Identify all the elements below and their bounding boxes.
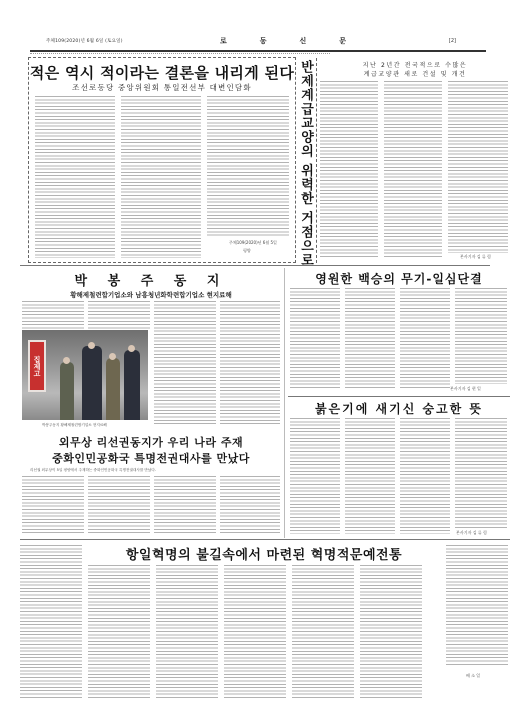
photo-person xyxy=(60,362,74,420)
photo-person xyxy=(82,346,102,420)
section-divider xyxy=(20,539,510,540)
article-body-col-1 xyxy=(290,418,340,534)
article-lead: 리선권 외무상이 5일 평양에서 주재하는 중화인민공화국 특명전권대사를 만났… xyxy=(30,468,156,473)
article-headline: 붉은기에 새기신 숭고한 뜻 xyxy=(288,400,510,417)
photo-person xyxy=(106,358,120,420)
article-body-col-1 xyxy=(35,96,115,258)
article-byline: 본사기자 김 류 림 xyxy=(456,530,487,536)
article-body-col-2 xyxy=(88,476,150,534)
article-body-col-1 xyxy=(290,288,340,390)
article-kicker-line-1: 지난 2년간 전국적으로 수많은 xyxy=(320,60,510,69)
article-place: 평양 xyxy=(243,248,251,254)
photo-person-head xyxy=(88,342,95,349)
article-headline: 적은 역시 적이라는 결론을 내리게 된다 xyxy=(29,62,295,83)
article-mid-left-lower: 외무상 리선권동지가 우리 나라 주재 중화인민공화국 특명전권대사를 만났다 … xyxy=(20,430,282,538)
article-headline-line-2: 중화인민공화국 특명전권대사를 만났다 xyxy=(20,450,282,466)
page-number: [2] xyxy=(449,38,456,44)
column-divider xyxy=(284,268,285,538)
photo-person-head xyxy=(128,345,135,352)
article-headline-line-1: 외무상 리선권동지가 우리 나라 주재 xyxy=(20,434,282,450)
newspaper-name: 로동신문 xyxy=(220,36,379,46)
article-body-col-3 xyxy=(400,288,450,390)
article-body-col-3 xyxy=(207,96,289,236)
news-photo: 집제고 xyxy=(22,330,148,420)
article-body-col-2 xyxy=(384,81,442,259)
section-divider xyxy=(288,396,510,397)
article-body-col-4 xyxy=(220,476,280,534)
article-subheadline: 조선로동당 중앙위원회 통일전선부 대변인담화 xyxy=(29,82,295,93)
masthead-rule xyxy=(30,50,486,52)
article-kicker-line-2: 계급교양관 새로 건설 및 개건 xyxy=(320,69,510,78)
photo-person-head xyxy=(109,353,116,360)
column-divider xyxy=(316,58,317,263)
article-body-col-7 xyxy=(446,545,508,667)
article-headline: 박 봉 주 동 지 xyxy=(20,270,282,289)
article-headline: 항일혁명의 불길속에서 마련된 혁명적문예전통 xyxy=(86,544,442,563)
article-body-col-1 xyxy=(22,476,84,534)
article-byline: 본사기자 김 류 림 xyxy=(460,254,491,260)
article-dateline: 주체109(2020)년 6월 5일 xyxy=(229,240,277,246)
article-body-col-3 xyxy=(154,301,216,426)
article-body-col-3 xyxy=(154,476,216,534)
article-top-left: 적은 역시 적이라는 결론을 내리게 된다 조선로동당 중앙위원회 통일전선부 … xyxy=(28,57,296,263)
article-byline: 본사기자 김 현 일 xyxy=(450,386,481,392)
article-bottom: 항일혁명의 불길속에서 마련된 혁명적문예전통 배 소 일 xyxy=(20,541,510,701)
article-body-col-5 xyxy=(292,565,354,699)
vertical-headline-text: 반제계급교양의 위력한 거점으로 xyxy=(296,60,314,267)
photo-caption: 박봉주동지 황해제철련합기업소 현지료해 xyxy=(42,423,107,428)
masthead: 주체109(2020)년 6월 6일 (토요일) 로동신문 [2] xyxy=(30,0,486,62)
article-mid-right-lower: 붉은기에 새기신 숭고한 뜻 본사기자 김 류 림 xyxy=(288,398,510,538)
article-body-col-4 xyxy=(220,301,280,426)
article-subheadline: 황해제철련합기업소와 남흥청년화학련합기업소 현지료해 xyxy=(20,290,282,299)
article-body-col-4 xyxy=(455,418,507,528)
article-headline: 영원한 백승의 무기-일심단결 xyxy=(288,270,510,287)
photo-sign: 집제고 xyxy=(28,340,46,392)
section-divider xyxy=(20,265,490,266)
photo-person xyxy=(124,350,140,420)
article-body-col-3 xyxy=(156,565,218,699)
article-top-right: 지난 2년간 전국적으로 수많은 계급교양관 새로 건설 및 개건 본사기자 김… xyxy=(320,58,510,263)
article-body-col-3 xyxy=(448,81,508,253)
article-top-vertical-headline: 반제계급교양의 위력한 거점으로 xyxy=(296,60,314,260)
article-byline: 배 소 일 xyxy=(466,673,480,679)
article-body-col-4 xyxy=(455,288,507,384)
article-body-col-2 xyxy=(88,565,150,699)
article-body-col-3 xyxy=(400,418,450,534)
article-mid-right: 영원한 백승의 무기-일심단결 본사기자 김 현 일 xyxy=(288,268,510,393)
article-body-col-2 xyxy=(345,418,395,534)
photo-person-head xyxy=(63,357,70,364)
article-body-col-1 xyxy=(320,81,378,259)
article-body-col-2 xyxy=(121,96,201,258)
article-body-top-col-2 xyxy=(88,301,150,329)
article-body-col-1 xyxy=(20,545,82,699)
issue-date-line: 주체109(2020)년 6월 6일 (토요일) xyxy=(46,38,123,44)
article-body-col-4 xyxy=(224,565,286,699)
article-body-top-col-1 xyxy=(22,301,84,329)
masthead-dotted-rule xyxy=(30,53,330,54)
article-body-col-6 xyxy=(360,565,422,699)
article-body-col-2 xyxy=(345,288,395,390)
